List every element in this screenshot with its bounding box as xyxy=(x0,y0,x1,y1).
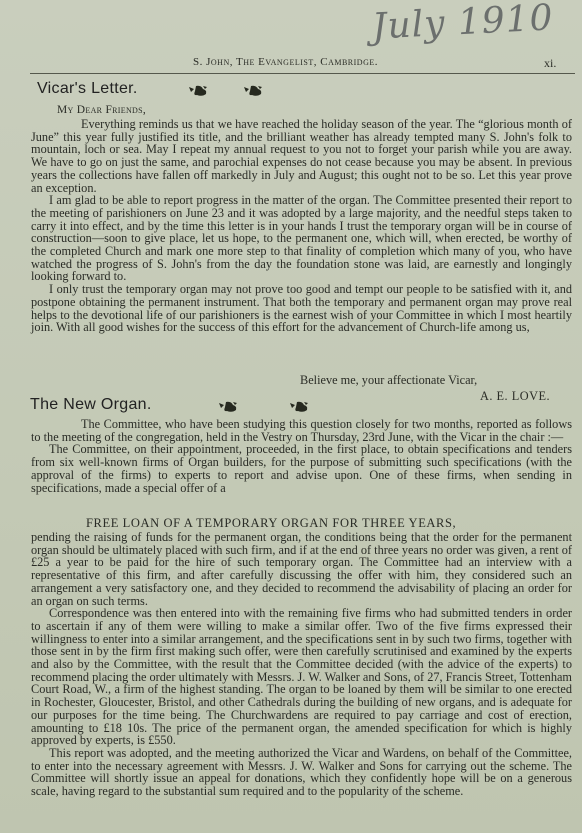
header-rule xyxy=(30,73,575,74)
floral-fleuron-icon xyxy=(242,84,264,98)
vicars-letter-body: Everything reminds us that we have reach… xyxy=(31,118,572,334)
floral-fleuron-icon xyxy=(288,400,310,414)
offer-caption: FREE LOAN OF A TEMPORARY ORGAN FOR THREE… xyxy=(86,516,526,531)
handwritten-date: July 1910 xyxy=(371,0,554,48)
intro-paragraph: The Committee, who have been studying th… xyxy=(31,418,572,443)
closing-line: Believe me, your affectionate Vicar, xyxy=(300,373,477,388)
letter-paragraph: Everything reminds us that we have reach… xyxy=(31,118,572,194)
report-paragraph: Correspondence was then entered into wit… xyxy=(31,607,572,747)
letter-paragraph: I only trust the temporary organ may not… xyxy=(31,283,572,334)
new-organ-heading: The New Organ. xyxy=(30,396,152,414)
report-paragraph: This report was adopted, and the meeting… xyxy=(31,747,572,798)
running-title: S. John, The Evangelist, Cambridge. xyxy=(193,56,553,68)
page-number: xi. xyxy=(544,56,556,71)
letter-paragraph: I am glad to be able to report progress … xyxy=(31,194,572,283)
new-organ-intro-block: The Committee, who have been studying th… xyxy=(31,418,572,494)
floral-fleuron-icon xyxy=(217,400,239,414)
magazine-page: July 1910 S. John, The Evangelist, Cambr… xyxy=(0,0,582,833)
report-paragraph: The Committee, on their appointment, pro… xyxy=(31,443,572,494)
new-organ-body: pending the raising of funds for the per… xyxy=(31,531,572,798)
salutation: My Dear Friends, xyxy=(57,104,146,116)
vicars-letter-heading: Vicar's Letter. xyxy=(37,80,138,98)
signature: A. E. LOVE. xyxy=(480,389,550,404)
floral-fleuron-icon xyxy=(187,84,209,98)
report-paragraph: pending the raising of funds for the per… xyxy=(31,531,572,607)
